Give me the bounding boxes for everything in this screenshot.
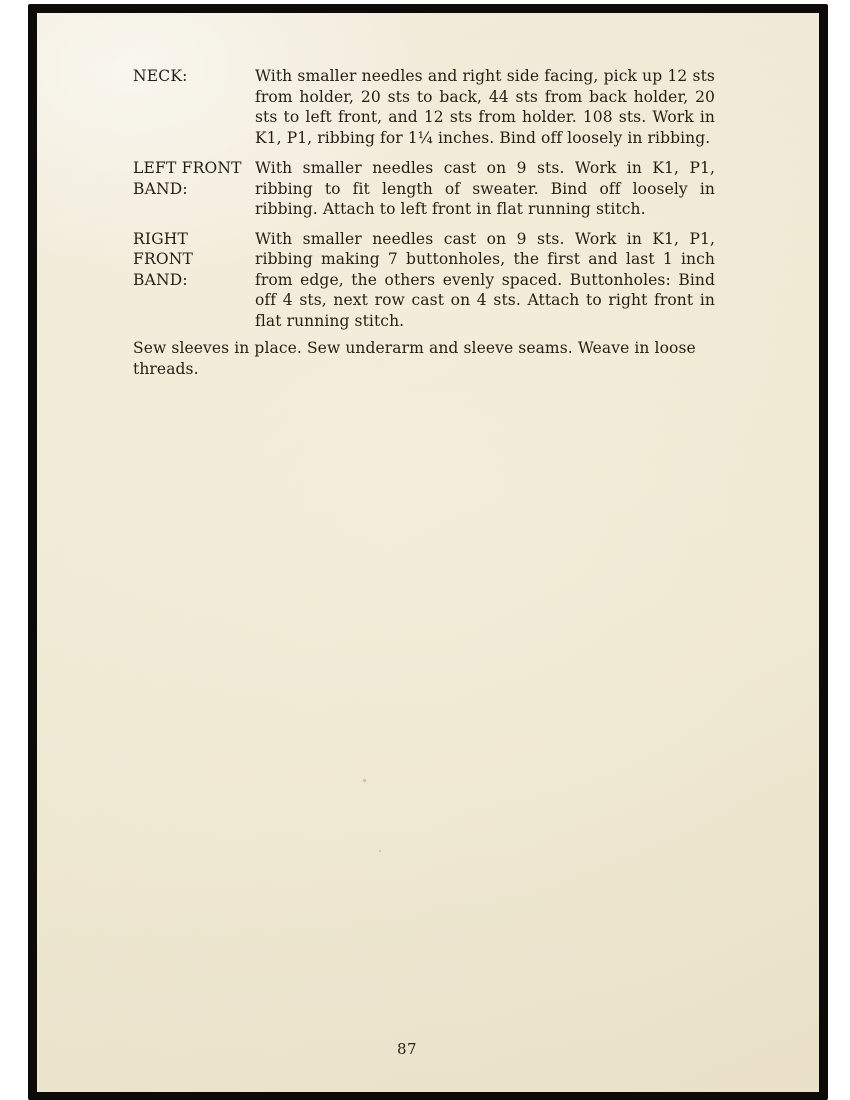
section-label-right-front-band: RIGHT FRONT BAND: (133, 229, 255, 291)
section-neck: NECK: With smaller needles and right sid… (133, 66, 715, 148)
section-right-front-band: RIGHT FRONT BAND: With smaller needles c… (133, 229, 715, 332)
section-label-left-front-band: LEFT FRONT BAND: (133, 158, 255, 199)
paper-speck (379, 850, 381, 852)
section-left-front-band: LEFT FRONT BAND: With smaller needles ca… (133, 158, 715, 220)
section-body-neck: With smaller needles and right side faci… (255, 66, 715, 148)
page-number: 87 (37, 1040, 777, 1058)
paper-surface: NECK: With smaller needles and right sid… (37, 13, 819, 1092)
scanned-page: NECK: With smaller needles and right sid… (28, 4, 828, 1100)
section-body-left-front-band: With smaller needles cast on 9 sts. Work… (255, 158, 715, 220)
section-label-neck: NECK: (133, 66, 255, 87)
pattern-instructions: NECK: With smaller needles and right sid… (133, 66, 715, 379)
section-body-right-front-band: With smaller needles cast on 9 sts. Work… (255, 229, 715, 332)
closing-instruction: Sew sleeves in place. Sew underarm and s… (133, 338, 715, 379)
paper-speck (363, 779, 366, 782)
